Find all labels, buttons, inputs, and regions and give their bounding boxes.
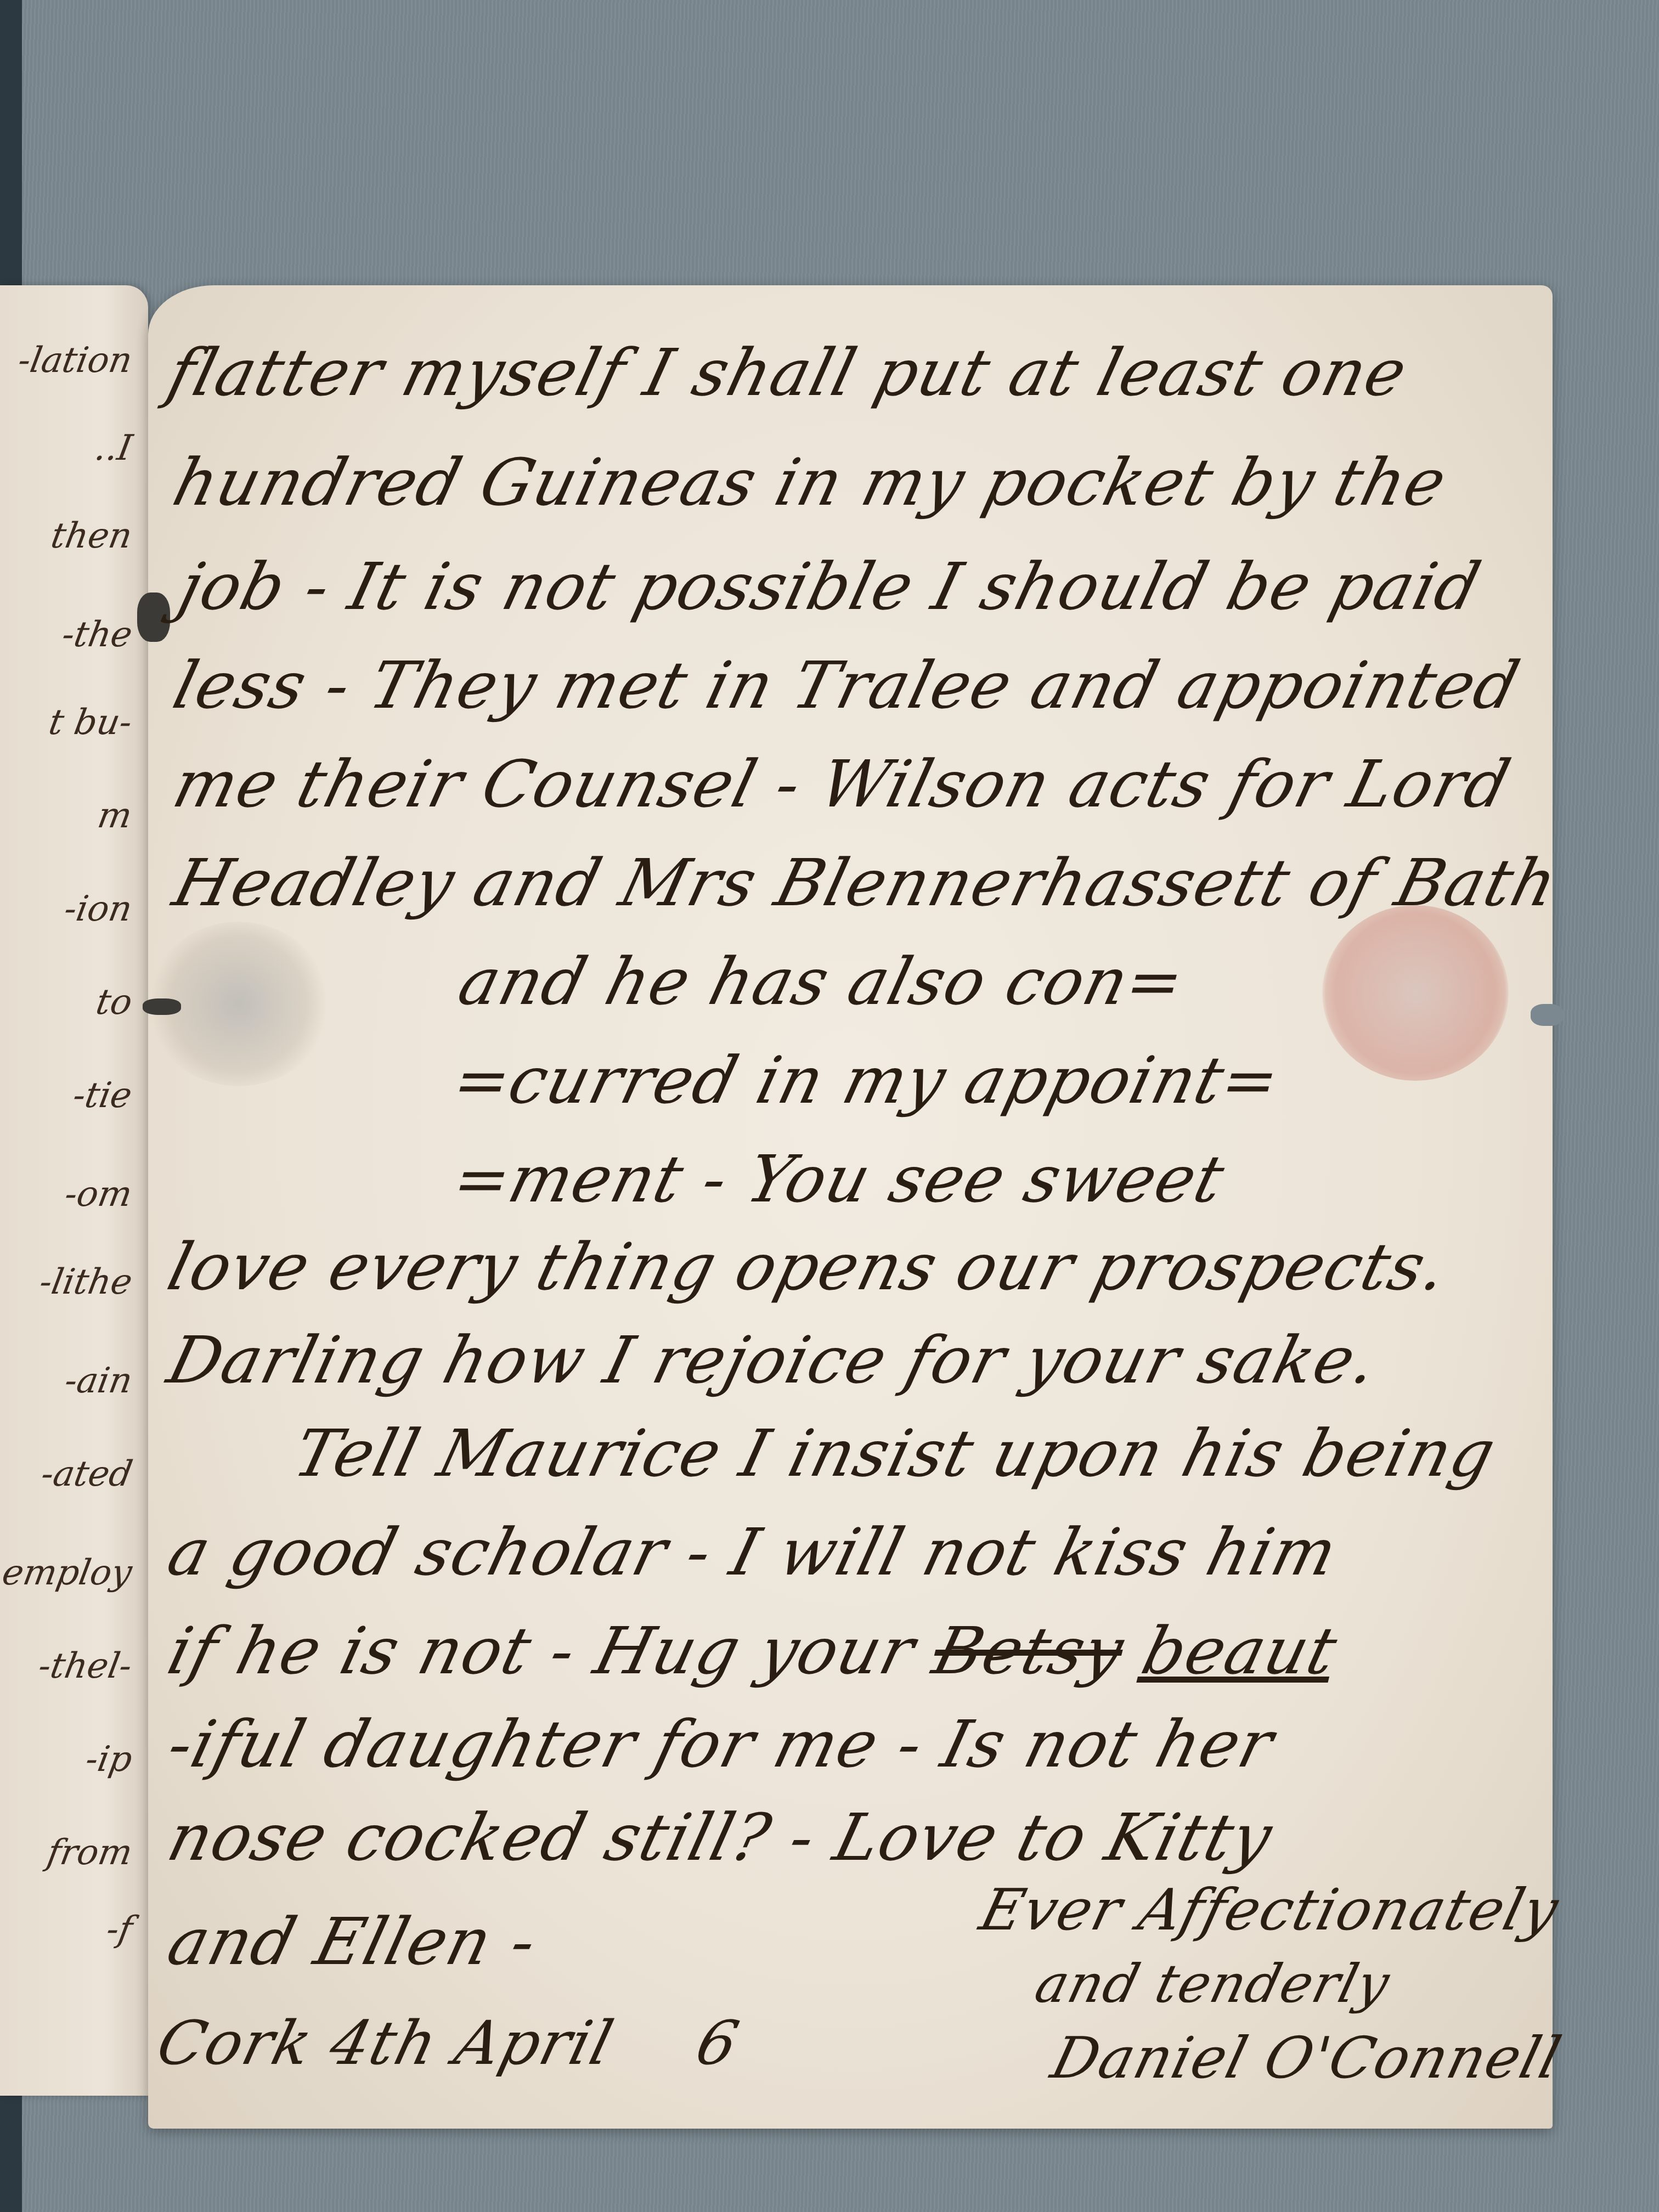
closing-line: and tenderly xyxy=(1029,1953,1396,2015)
paper-hole xyxy=(137,592,170,642)
left-fragment: -om xyxy=(62,1174,136,1215)
letter-line: if he is not - Hug your Betsy beaut xyxy=(161,1613,1345,1689)
left-fragment: -ip xyxy=(82,1739,135,1780)
dateline-place: Cork xyxy=(150,2008,320,2078)
letter-line: job - It is not possible I should be pai… xyxy=(172,549,1488,624)
left-fragment: -tie xyxy=(70,1075,136,1116)
left-fragment: -ated xyxy=(38,1454,135,1494)
letter-line: nose cocked still? - Love to Kitty xyxy=(161,1799,1280,1875)
letter-line: a good scholar - I will not kiss him xyxy=(161,1514,1345,1590)
letter-line: me their Counsel - Wilson acts for Lord xyxy=(166,746,1519,822)
wax-seal-stain xyxy=(1322,905,1509,1081)
letter-line: flatter myself I shall put at least one xyxy=(161,335,1415,410)
letter-line: -iful daughter for me - Is not her xyxy=(161,1706,1282,1782)
letter-line: =ment - You see sweet xyxy=(446,1141,1233,1217)
left-fragment: -lithe xyxy=(36,1262,135,1302)
left-fragment: to xyxy=(93,982,135,1023)
signature: Daniel O'Connell xyxy=(1045,2024,1568,2091)
closing-line: Ever Affectionately xyxy=(974,1876,1566,1943)
letter-line: less - They met in Tralee and appointed xyxy=(166,647,1527,723)
dateline-day: 4th xyxy=(323,2008,445,2078)
underlined-word: beaut xyxy=(1135,1613,1345,1689)
letter-line: love every thing opens our prospects. xyxy=(161,1229,1455,1305)
dateline-month: April xyxy=(448,2008,621,2078)
letter-line: Headley and Mrs Blennerhassett of Bath xyxy=(166,845,1565,921)
left-fragment: t bu- xyxy=(46,702,136,743)
left-fragment: m xyxy=(95,795,136,836)
dateline: Cork 4th April 6 xyxy=(150,2008,746,2078)
left-fragment: ..I xyxy=(92,428,136,469)
left-fragment: employ xyxy=(0,1553,136,1593)
letter-text: if he is not - Hug your xyxy=(161,1613,923,1689)
left-fragment: -ion xyxy=(61,889,136,929)
paper-hole xyxy=(1531,1004,1564,1026)
left-fragment: -ain xyxy=(61,1361,136,1401)
left-fragment: -the xyxy=(59,614,135,655)
dateline-year: 6 xyxy=(689,2008,746,2078)
letter-line: and Ellen - xyxy=(161,1904,545,1979)
letter-page: flatter myself I shall put at least one … xyxy=(148,285,1553,2129)
left-fragment: then xyxy=(48,516,135,556)
struck-word: Betsy xyxy=(926,1613,1132,1689)
left-fragment: -thel- xyxy=(36,1646,136,1686)
letter-line: =curred in my appoint= xyxy=(446,1042,1288,1118)
letter-line: Darling how I rejoice for your sake. xyxy=(161,1322,1386,1398)
paper-hole xyxy=(143,998,181,1015)
left-fragment: from xyxy=(44,1832,136,1873)
left-fragment: -lation xyxy=(15,340,135,381)
left-page: -lation ..I then -the t bu- m -ion to -t… xyxy=(0,285,148,2096)
letter-line: and he has also con= xyxy=(452,944,1193,1019)
letter-line: hundred Guineas in my pocket by the xyxy=(166,444,1455,520)
left-fragment: -f xyxy=(103,1909,135,1950)
letter-line: Tell Maurice I insist upon his being xyxy=(287,1415,1504,1491)
